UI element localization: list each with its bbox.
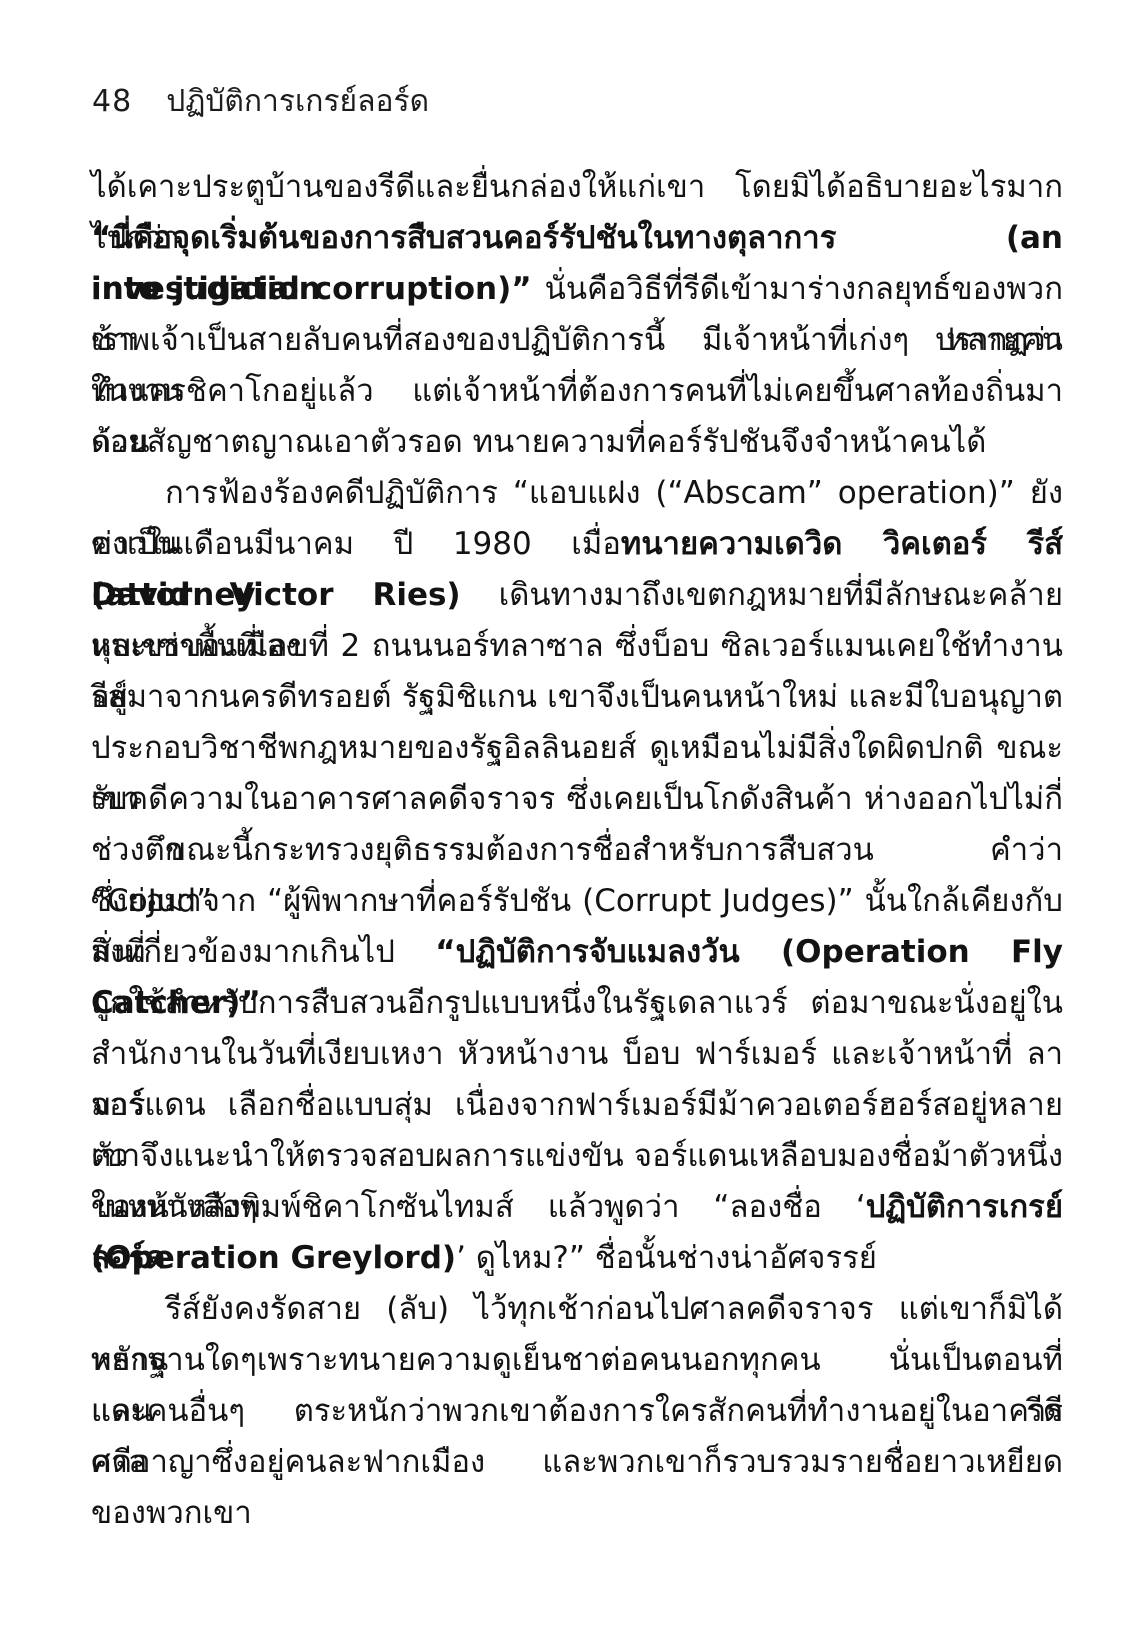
text-line: ข่าวในเดือนมีนาคม ปี 1980 เมื่อทนายความเ… xyxy=(91,519,1063,570)
book-page: 48 ปฏิบัติการเกรย์ลอร์ด ได้เคาะประตูบ้าน… xyxy=(0,0,1126,1638)
text-line: มันเกี่ยวข้องมากเกินไป “ปฏิบัติการจับแมล… xyxy=(91,927,1063,978)
text-run: ด้วยสัญชาตญาณเอาตัวรอด ทนายความที่คอร์รั… xyxy=(91,424,986,460)
text-run: รีส์มาจากนครดีทรอยต์ รัฐมิชิแกน เขาจึงเป… xyxy=(91,679,1063,715)
text-run: ข่าวในเดือนมีนาคม ปี 1980 เมื่อ xyxy=(91,526,621,562)
text-line: รับคดีความในอาคารศาลคดีจราจร ซึ่งเคยเป็น… xyxy=(91,774,1063,825)
text-run: ’ ดูไหม?” ชื่อนั้นช่างน่าอัศจรรย์ xyxy=(456,1240,877,1276)
bold-text-run: into judicial corruption)” xyxy=(91,271,532,307)
text-line: ข้าพเจ้าเป็นสายลับคนที่สองของปฏิบัติการน… xyxy=(91,315,1063,366)
text-line: ได้เคาะประตูบ้านของรีดีและยื่นกล่องให้แก… xyxy=(91,162,1063,213)
text-line: เขาจึงแนะนำให้ตรวจสอบผลการแข่งขัน จอร์แด… xyxy=(91,1131,1063,1182)
text-line: หลักฐานใดๆเพราะทนายความดูเย็นชาต่อคนนอกท… xyxy=(91,1335,1063,1386)
body-text: ได้เคาะประตูบ้านของรีดีและยื่นกล่องให้แก… xyxy=(91,162,1063,1488)
text-line: ถูกใช้สำหรับการสืบสวนอีกรูปแบบหนึ่งในรัฐ… xyxy=(91,978,1063,1029)
text-line: ขณะนี้กระทรวงยุติธรรมต้องการชื่อสำหรับกา… xyxy=(91,825,1063,876)
book-title: ปฏิบัติการเกรย์ลอร์ด xyxy=(166,78,429,125)
text-line: ของหนังสือพิมพ์ชิคาโกซันไทมส์ แล้วพูดว่า… xyxy=(91,1182,1063,1233)
text-line: ซึ่งย่อมาจาก “ผู้พิพากษาที่คอร์รัปชัน (C… xyxy=(91,876,1063,927)
text-line: into judicial corruption)” นั่นคือวิธีที… xyxy=(91,264,1063,315)
bold-text-run: (Operation Greylord) xyxy=(91,1240,456,1276)
text-line: (Operation Greylord)’ ดูไหม?” ชื่อนั้นช่… xyxy=(91,1233,1063,1284)
text-line: ประกอบวิชาชีพกฎหมายของรัฐอิลลินอยส์ ดูเห… xyxy=(91,723,1063,774)
text-line: David Victor Ries) เดินทางมาถึงเขตกฎหมาย… xyxy=(91,570,1063,621)
paragraph: ขณะนี้กระทรวงยุติธรรมต้องการชื่อสำหรับกา… xyxy=(91,825,1063,1284)
text-line: คดีอาญาซึ่งอยู่คนละฟากเมือง และพวกเขาก็ร… xyxy=(91,1437,1063,1488)
text-line: ด้วยสัญชาตญาณเอาตัวรอด ทนายความที่คอร์รั… xyxy=(91,417,1063,468)
paragraph: ได้เคาะประตูบ้านของรีดีและยื่นกล่องให้แก… xyxy=(91,162,1063,468)
text-line: “นี่คือจุดเริ่มต้นของการสืบสวนคอร์รัปชัน… xyxy=(91,213,1063,264)
text-line: ในนครชิคาโกอยู่แล้ว แต่เจ้าหน้าที่ต้องกา… xyxy=(91,366,1063,417)
text-line: และเช่าพื้นที่เลขที่ 2 ถนนนอร์ทลาซาล ซึ่… xyxy=(91,621,1063,672)
text-run: คดีอาญาซึ่งอยู่คนละฟากเมือง และพวกเขาก็ร… xyxy=(91,1444,1063,1531)
text-run: ของหนังสือพิมพ์ชิคาโกซันไทมส์ แล้วพูดว่า… xyxy=(91,1189,866,1225)
bold-text-run: David Victor Ries) xyxy=(91,577,461,613)
paragraph: การฟ้องร้องคดีปฏิบัติการ “แอบแฝง (“Absca… xyxy=(91,468,1063,825)
text-line: การฟ้องร้องคดีปฏิบัติการ “แอบแฝง (“Absca… xyxy=(91,468,1063,519)
text-line: จอร์แดน เลือกชื่อแบบสุ่ม เนื่องจากฟาร์เม… xyxy=(91,1080,1063,1131)
paragraph: รีส์ยังคงรัดสาย (ลับ) ไว้ทุกเช้าก่อนไปศา… xyxy=(91,1284,1063,1488)
page-header: 48 ปฏิบัติการเกรย์ลอร์ด xyxy=(92,78,429,125)
text-run: ถูกใช้สำหรับการสืบสวนอีกรูปแบบหนึ่งในรัฐ… xyxy=(91,985,1063,1021)
text-line: รีส์ยังคงรัดสาย (ลับ) ไว้ทุกเช้าก่อนไปศา… xyxy=(91,1284,1063,1335)
page-number: 48 xyxy=(92,84,132,119)
text-line: และคนอื่นๆ ตระหนักว่าพวกเขาต้องการใครสัก… xyxy=(91,1386,1063,1437)
text-line: สำนักงานในวันที่เงียบเหงา หัวหน้างาน บ็อ… xyxy=(91,1029,1063,1080)
text-run: มันเกี่ยวข้องมากเกินไป xyxy=(91,934,435,970)
text-line: รีส์มาจากนครดีทรอยต์ รัฐมิชิแกน เขาจึงเป… xyxy=(91,672,1063,723)
